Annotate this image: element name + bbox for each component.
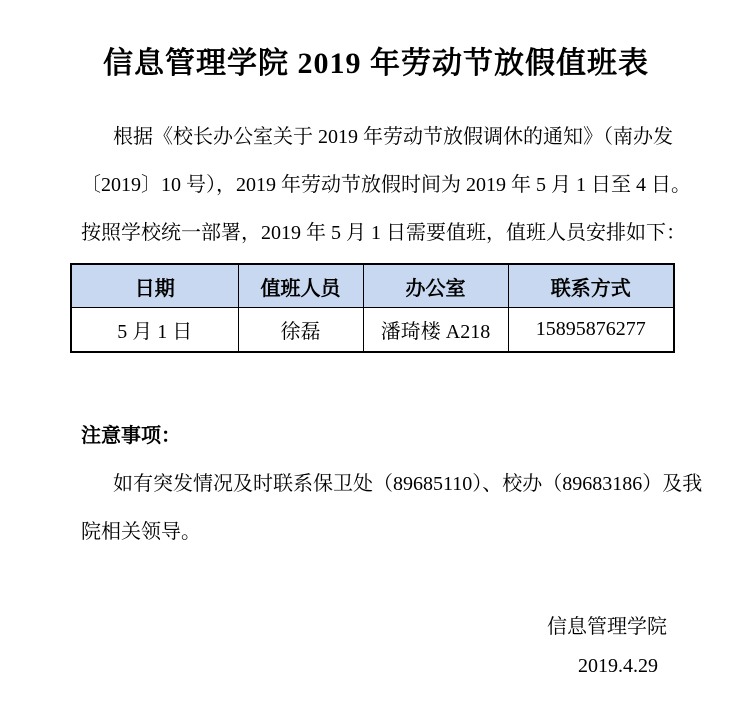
duty-roster-table: 日期 值班人员 办公室 联系方式 5 月 1 日 徐磊 潘琦楼 A218 158… — [70, 263, 675, 353]
intro-line-1: 根据《校长办公室关于 2019 年劳动节放假调休的通知》（南办发 — [81, 113, 691, 161]
cell-office: 潘琦楼 A218 — [363, 308, 508, 353]
notes-line-1: 如有突发情况及时联系保卫处（89685110）、校办（89683186）及我 — [81, 460, 702, 508]
intro-paragraph: 根据《校长办公室关于 2019 年劳动节放假调休的通知》（南办发 〔2019〕1… — [81, 113, 691, 257]
intro-line-2: 〔2019〕10 号），2019 年劳动节放假时间为 2019 年 5 月 1 … — [81, 161, 691, 209]
document-title: 信息管理学院 2019 年劳动节放假值班表 — [0, 38, 752, 82]
header-cell-contact: 联系方式 — [508, 264, 674, 308]
table-row: 5 月 1 日 徐磊 潘琦楼 A218 15895876277 — [71, 308, 674, 353]
notes-line-2: 院相关领导。 — [81, 508, 702, 556]
signature-org: 信息管理学院 — [547, 614, 667, 640]
signature-date: 2019.4.29 — [578, 653, 658, 679]
header-cell-office: 办公室 — [363, 264, 508, 308]
intro-line-3: 按照学校统一部署，2019 年 5 月 1 日需要值班，值班人员安排如下： — [81, 209, 691, 257]
table-header-row: 日期 值班人员 办公室 联系方式 — [71, 264, 674, 308]
header-cell-date: 日期 — [71, 264, 238, 308]
cell-person: 徐磊 — [238, 308, 363, 353]
cell-date: 5 月 1 日 — [71, 308, 238, 353]
notes-heading: 注意事项： — [81, 412, 702, 460]
cell-contact: 15895876277 — [508, 308, 674, 353]
header-cell-person: 值班人员 — [238, 264, 363, 308]
notes-section: 注意事项： 如有突发情况及时联系保卫处（89685110）、校办（8968318… — [81, 412, 702, 556]
document-page: 信息管理学院 2019 年劳动节放假值班表 根据《校长办公室关于 2019 年劳… — [0, 0, 752, 719]
